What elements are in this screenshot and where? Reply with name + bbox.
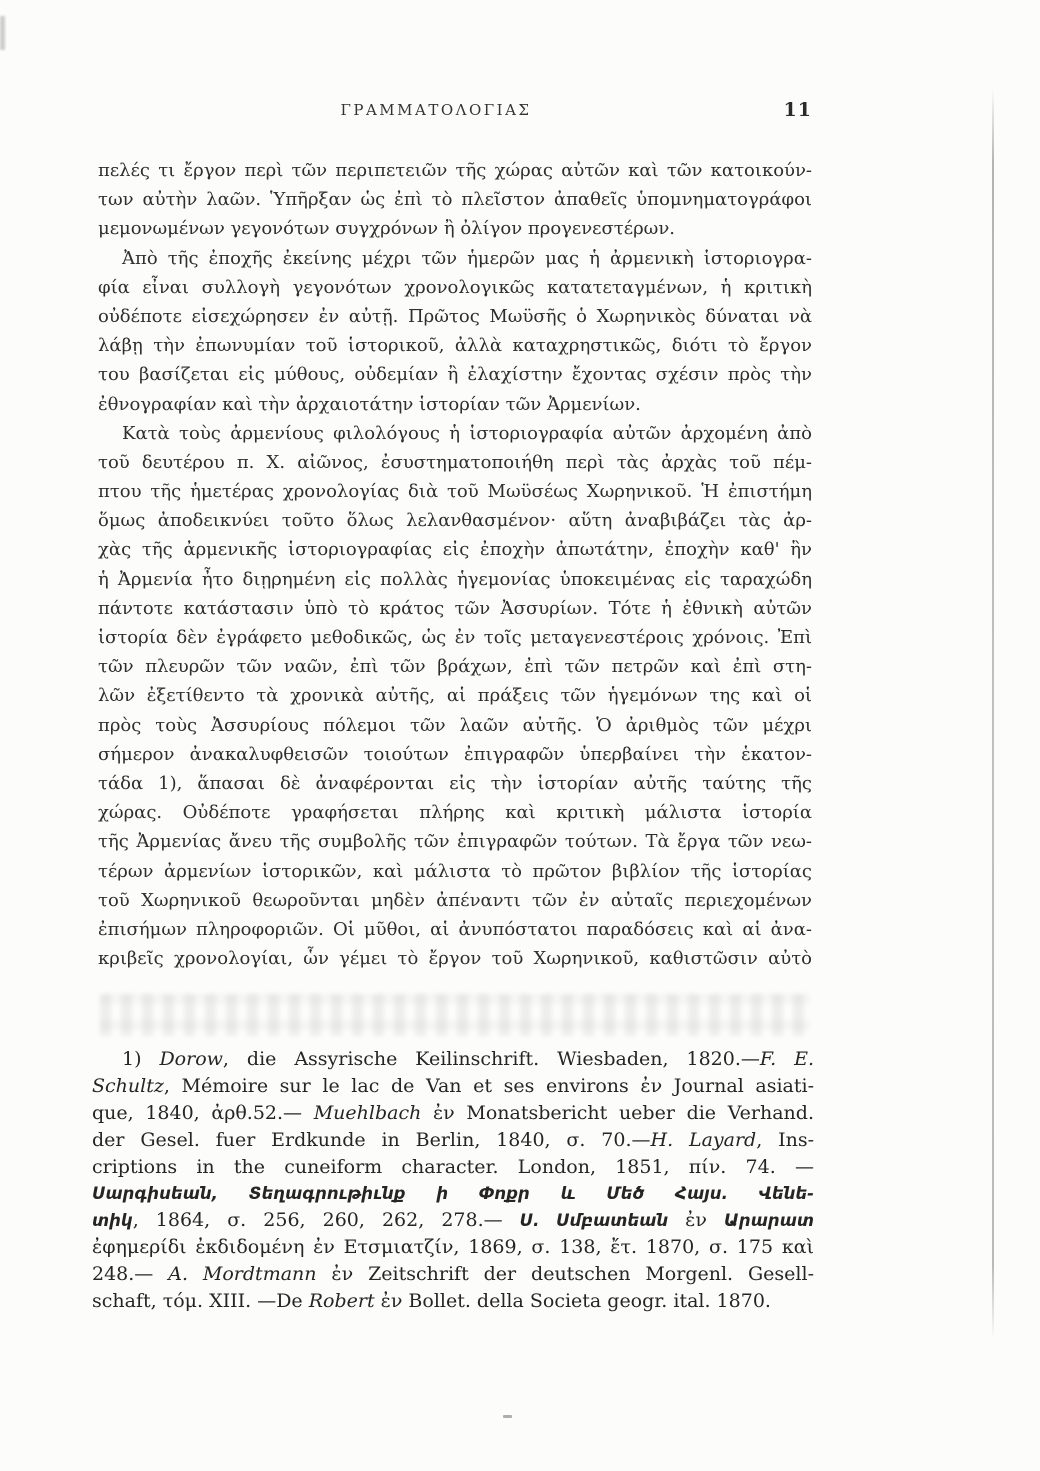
footnote-line: Schultz, Mémoire sur le lac de Van et se… — [92, 1073, 814, 1100]
text-line: οὐδέποτε εἰσεχώρησεν ἐν αὐτῇ. Πρῶτος Μωϋ… — [98, 302, 812, 331]
footnote-line: der Gesel. fuer Erdkunde in Berlin, 1840… — [92, 1127, 814, 1154]
armenian-text: տիկ — [92, 1211, 133, 1230]
text-line: πάντοτε κατάστασιν ὑπὸ τὸ κράτος τῶν Ἀσσ… — [98, 594, 812, 623]
text-line: τοῦ δευτέρου π. Χ. αἰῶνος, ἐσυστηματοποι… — [98, 448, 812, 477]
text-line: μεμονωμένων γεγονότων συγχρόνων ἢ ὀλίγον… — [98, 214, 812, 243]
citation-text: schaft, τόμ. XIII. —De — [92, 1290, 309, 1312]
text-line: χὰς τῆς ἀρμενικῆς ἱστοριογραφίας εἰς ἐπο… — [98, 535, 812, 564]
citation-text: , die Assyrische Keilinschrift. Wiesbade… — [223, 1048, 760, 1070]
text-line: λῶν ἐξετίθεντο τὰ χρονικὰ αὐτῆς, αἱ πράξ… — [98, 681, 812, 710]
citation-text: ἐν Zeitschrift der deutschen Morgenl. Ge… — [317, 1263, 814, 1285]
main-text: πελές τι ἔργον περὶ τῶν περιπετειῶν τῆς … — [98, 156, 812, 973]
italic-citation-name: Robert — [309, 1290, 375, 1312]
text-line: Ἀπὸ τῆς ἐποχῆς ἐκείνης μέχρι τῶν ἡμερῶν … — [98, 244, 812, 273]
footnote-line: ἐφημερίδι ἐκδιδομένη ἐν Ετσμιατζίν, 1869… — [92, 1234, 814, 1261]
citation-text: der Gesel. fuer Erdkunde in Berlin, 1840… — [92, 1129, 651, 1151]
armenian-text: Սարգիսեան, Տեղագրութիւնք ի Փոքր և Մեծ Հա… — [92, 1184, 814, 1203]
text-line: τῶν πλευρῶν τῶν ναῶν, ἐπὶ τῶν βράχων, ἐπ… — [98, 652, 812, 681]
italic-citation-name: A. Mordtmann — [168, 1263, 316, 1285]
citation-text: ἐν Monatsbericht ueber die Verhand. — [421, 1102, 814, 1124]
footnote-line: que, 1840, ἀρθ.52.— Muehlbach ἐν Monatsb… — [92, 1100, 814, 1127]
armenian-text: Արարատ — [724, 1211, 814, 1230]
text-line: φία εἶναι συλλογὴ γεγονότων χρονολογικῶς… — [98, 273, 812, 302]
page-header: ΓΡΑΜΜΑΤΟΛΟΓΙΑΣ 11 — [98, 101, 812, 129]
citation-text: ἐν Bollet. della Societa geogr. ital. 18… — [375, 1290, 771, 1312]
running-title: ΓΡΑΜΜΑΤΟΛΟΓΙΑΣ — [340, 101, 531, 119]
footnote-line: տիկ, 1864, σ. 256, 260, 262, 278.— Ս. Սմ… — [92, 1207, 814, 1234]
text-line: ἐπισήμων πληροφοριῶν. Οἱ μῦθοι, αἱ ἀνυπό… — [98, 915, 812, 944]
citation-text: 248.— — [92, 1263, 168, 1285]
footnote-line: criptions in the cuneiform character. Lo… — [92, 1154, 814, 1181]
show-through-ghost-text — [100, 994, 810, 1036]
text-line: ἐθνογραφίαν καὶ τὴν ἀρχαιοτάτην ἱστορίαν… — [98, 390, 812, 419]
footnote-line: 1) Dorow, die Assyrische Keilinschrift. … — [92, 1046, 814, 1073]
citation-text: ἐφημερίδι ἐκδιδομένη ἐν Ετσμιατζίν, 1869… — [92, 1236, 814, 1258]
text-line: πελές τι ἔργον περὶ τῶν περιπετειῶν τῆς … — [98, 156, 812, 185]
text-line: σήμερον ἀνακαλυφθεισῶν τοιούτων ἐπιγραφῶ… — [98, 740, 812, 769]
footnote-block: 1) Dorow, die Assyrische Keilinschrift. … — [92, 1046, 814, 1315]
italic-citation-name: F. E. — [760, 1048, 814, 1070]
citation-text: , 1864, σ. 256, 260, 262, 278.— — [133, 1209, 520, 1231]
citation-text: criptions in the cuneiform character. Lo… — [92, 1156, 814, 1178]
armenian-text: Ս. Սմբատեան — [520, 1211, 668, 1230]
text-line: τέρων ἀρμενίων ἱστορικῶν, καὶ μάλιστα τὸ… — [98, 857, 812, 886]
footnote-line: schaft, τόμ. XIII. —De Robert ἐν Bollet.… — [92, 1288, 814, 1315]
italic-citation-name: Schultz — [92, 1075, 164, 1097]
text-line: ὅμως ἀποδεικνύει τοῦτο ὅλως λελανθασμένο… — [98, 506, 812, 535]
text-line: των αὐτὴν λαῶν. Ὑπῆρξαν ὡς ἐπὶ τὸ πλεῖστ… — [98, 185, 812, 214]
text-line: ἡ Ἀρμενία ἦτο διῃρημένη εἰς πολλὰς ἡγεμο… — [98, 565, 812, 594]
scan-artifact-dash — [503, 1415, 512, 1418]
citation-text: , Mémoire sur le lac de Van et ses envir… — [164, 1075, 814, 1097]
page-edge-line — [992, 88, 994, 1340]
text-line: λάβῃ τὴν ἐπωνυμίαν τοῦ ἱστορικοῦ, ἀλλὰ κ… — [98, 331, 812, 360]
italic-citation-name: Dorow — [159, 1048, 222, 1070]
citation-text: 1) — [122, 1048, 159, 1070]
text-line: κριβεῖς χρονολογίαι, ὧν γέμει τὸ ἔργον τ… — [98, 944, 812, 973]
citation-text: que, 1840, ἀρθ.52.— — [92, 1102, 314, 1124]
text-line: πρὸς τοὺς Ἀσσυρίους πόλεμοι τῶν λαῶν αὐτ… — [98, 711, 812, 740]
citation-text: , Ins- — [756, 1129, 814, 1151]
italic-citation-name: Muehlbach — [314, 1102, 422, 1124]
text-line: Κατὰ τοὺς ἀρμενίους φιλολόγους ἡ ἱστοριο… — [98, 419, 812, 448]
citation-text: ἐν — [668, 1209, 724, 1231]
page-number: 11 — [784, 99, 812, 121]
footnote-line: 248.— A. Mordtmann ἐν Zeitschrift der de… — [92, 1261, 814, 1288]
text-line: ἱστορία δὲν ἐγράφετο μεθοδικῶς, ὡς ἐν το… — [98, 623, 812, 652]
text-line: τῆς Ἀρμενίας ἄνευ τῆς συμβολῆς τῶν ἐπιγρ… — [98, 827, 812, 856]
footnote-line: Սարգիսեան, Տեղագրութիւնք ի Փոքր և Մեծ Հա… — [92, 1180, 814, 1207]
italic-citation-name: H. Layard — [651, 1129, 757, 1151]
text-line: του βασίζεται εἰς μύθους, οὐδεμίαν ἢ ἐλα… — [98, 360, 812, 389]
scanned-book-page: ΓΡΑΜΜΑΤΟΛΟΓΙΑΣ 11 πελές τι ἔργον περὶ τῶ… — [0, 0, 1040, 1471]
scan-artifact-corner — [0, 16, 5, 50]
text-line: πτου τῆς ἡμετέρας χρονολογίας διὰ τοῦ Μω… — [98, 477, 812, 506]
text-line: χώρας. Οὐδέποτε γραφήσεται πλήρης καὶ κρ… — [98, 798, 812, 827]
text-line: τοῦ Χωρηνικοῦ θεωροῦνται μηδὲν ἀπέναντι … — [98, 886, 812, 915]
text-line: τάδα 1), ἅπασαι δὲ ἀναφέρονται εἰς τὴν ἱ… — [98, 769, 812, 798]
